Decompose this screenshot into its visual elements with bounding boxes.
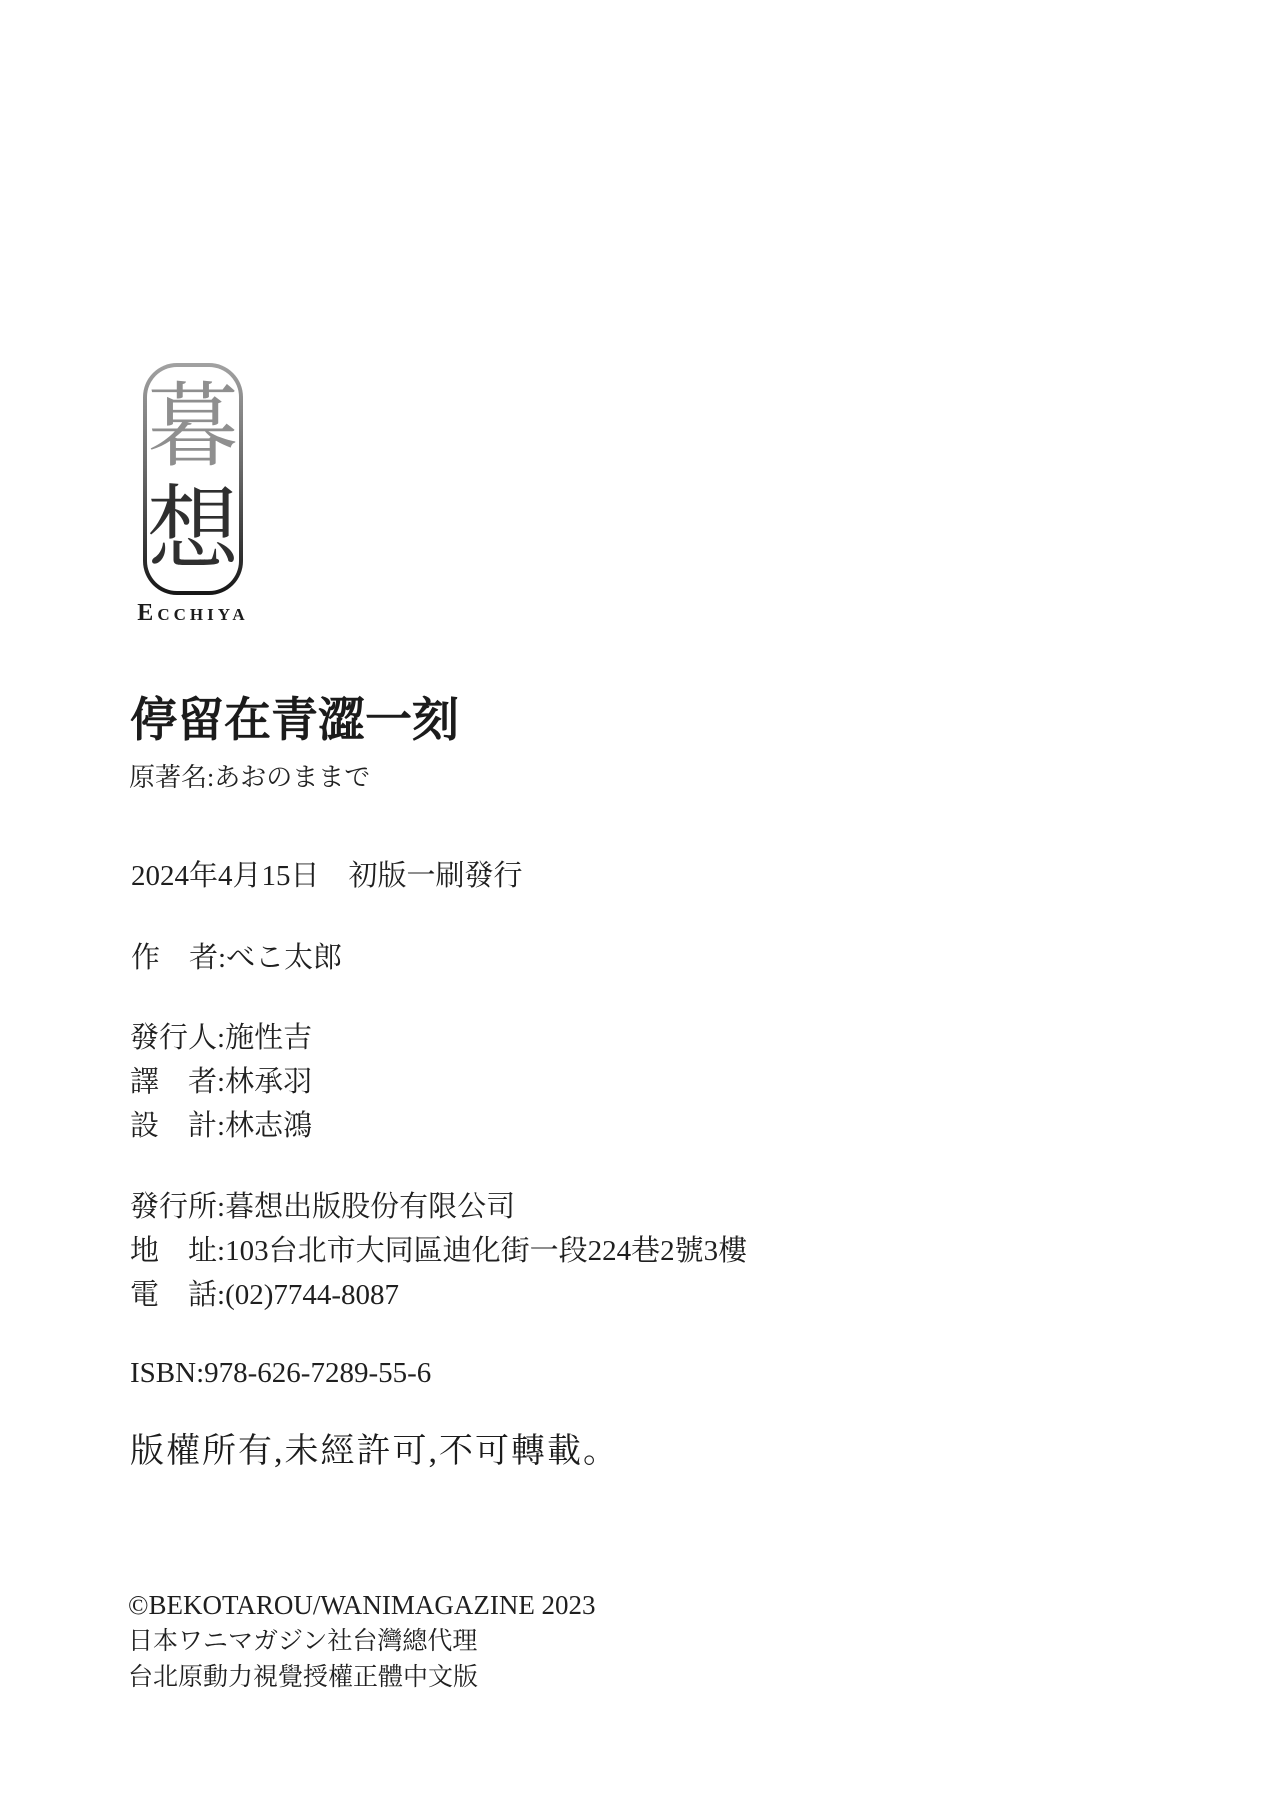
publisher-person-value: 施性吉: [225, 1022, 312, 1054]
original-title-line: 原著名:あおのままで: [129, 757, 370, 794]
isbn-row: ISBN:978-626-7289-55-6: [130, 1351, 431, 1395]
publisher-person-row: 發行人:施性吉: [130, 1016, 312, 1060]
copyright-block: ©BEKOTAROU/WANIMAGAZINE 2023 日本ワニマガジン社台灣…: [128, 1587, 596, 1696]
seal-character-bottom: 想: [147, 479, 239, 582]
publishing-office-label: 發行所: [130, 1191, 217, 1223]
rights-notice: 版權所有,未經許可,不可轉載。: [130, 1423, 619, 1472]
designer-row: 設 計:林志鴻: [130, 1104, 312, 1148]
isbn-label: ISBN: [130, 1357, 196, 1389]
address-row: 地 址:103台北市大同區迪化街一段224巷2號3樓: [130, 1229, 747, 1273]
colon-separator: :: [217, 1191, 225, 1223]
translator-row: 譯 者:林承羽: [130, 1060, 312, 1104]
author-label: 作 者: [131, 942, 218, 974]
author-block: 作 者:べこ太郎: [131, 936, 342, 980]
book-title: 停留在青澀一刻: [130, 692, 459, 751]
colon-separator: :: [217, 1235, 225, 1267]
colon-separator: :: [217, 1066, 225, 1098]
author-row: 作 者:べこ太郎: [131, 936, 342, 980]
publisher-seal-logo: 暮 想: [143, 363, 243, 595]
colon-separator: :: [217, 1279, 225, 1311]
designer-label: 設 計: [130, 1110, 217, 1142]
publishing-office-value: 暮想出版股份有限公司: [225, 1191, 515, 1223]
phone-value: (02)7744-8087: [225, 1279, 399, 1311]
copyright-line-2: 日本ワニマガジン社台灣總代理: [128, 1624, 596, 1660]
isbn-block: ISBN:978-626-7289-55-6: [130, 1351, 431, 1395]
copyright-line-3: 台北原動力視覺授權正體中文版: [128, 1660, 596, 1696]
publishing-office-block: 發行所:暮想出版股份有限公司 地 址:103台北市大同區迪化街一段224巷2號3…: [130, 1185, 747, 1317]
author-value: べこ太郎: [226, 942, 342, 974]
address-label: 地 址: [130, 1235, 217, 1267]
translator-value: 林承羽: [225, 1066, 312, 1098]
colophon-page: 暮 想 ECCHIYA 停留在青澀一刻 原著名:あおのままで 2024年4月15…: [0, 0, 1280, 1816]
publisher-seal-inner: 暮 想: [147, 367, 239, 591]
isbn-value: 978-626-7289-55-6: [204, 1357, 431, 1389]
phone-row: 電 話:(02)7744-8087: [130, 1273, 747, 1317]
translator-label: 譯 者: [130, 1066, 217, 1098]
address-value: 103台北市大同區迪化街一段224巷2號3樓: [225, 1235, 747, 1267]
publishing-office-row: 發行所:暮想出版股份有限公司: [130, 1185, 747, 1229]
copyright-line-1: ©BEKOTAROU/WANIMAGAZINE 2023: [128, 1587, 596, 1624]
seal-character-top: 暮: [147, 376, 239, 479]
colon-separator: :: [218, 942, 226, 974]
credits-block: 發行人:施性吉 譯 者:林承羽 設 計:林志鴻: [130, 1016, 312, 1148]
publisher-brand-name: ECCHIYA: [123, 600, 263, 627]
edition-date-line: 2024年4月15日 初版一刷發行: [131, 853, 523, 894]
colon-separator: :: [217, 1022, 225, 1054]
designer-value: 林志鴻: [225, 1110, 312, 1142]
phone-label: 電 話: [130, 1279, 217, 1311]
colon-separator: :: [217, 1110, 225, 1142]
colon-separator: :: [196, 1357, 204, 1389]
publisher-person-label: 發行人: [130, 1022, 217, 1054]
